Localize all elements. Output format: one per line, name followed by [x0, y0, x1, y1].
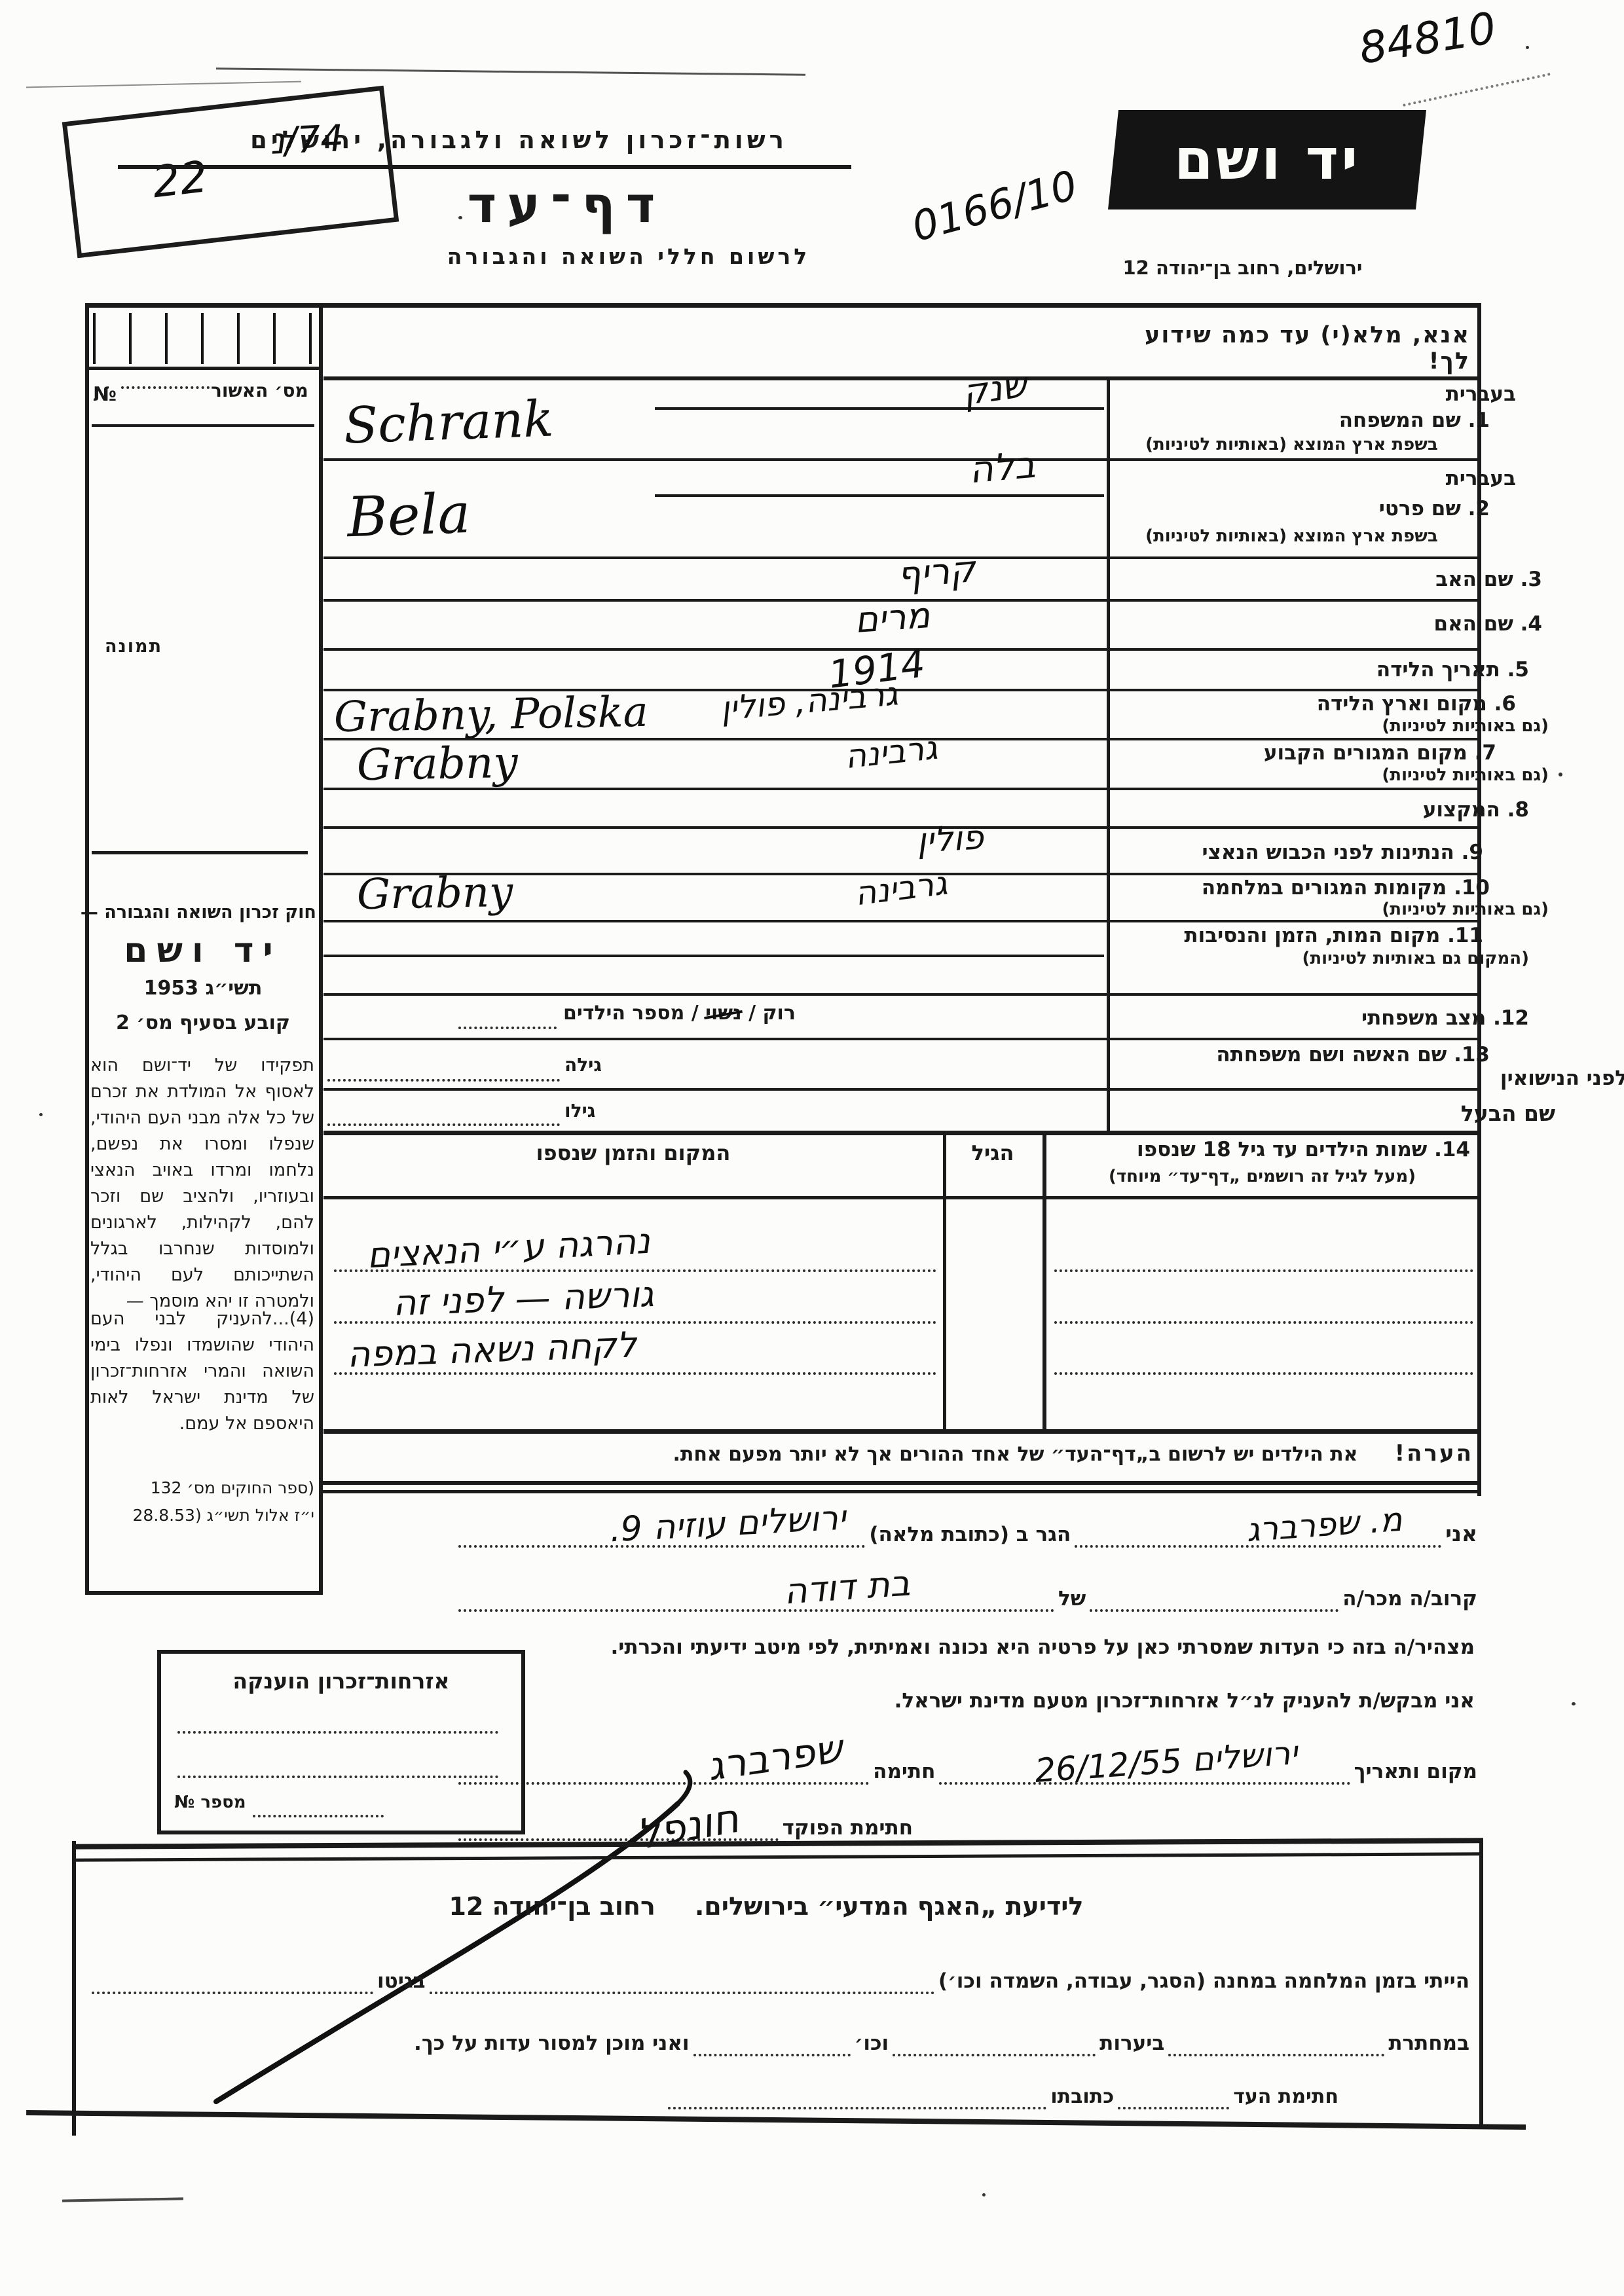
place-date-handwritten: ירושלים 26/12/55 — [1033, 1734, 1299, 1790]
birth-place-latin-handwritten: Grabny, Polska — [333, 688, 648, 742]
bottom-box-title-row: לידיעת „האגף המדעי״ בירושלים. רחוב בן־יה… — [275, 1892, 1257, 1921]
field-10-label: 10. מקומות המגורים במלחמה — [1113, 875, 1490, 901]
declarant-name-handwritten: מ. שפרברג — [1245, 1501, 1403, 1549]
left-column-divider — [319, 303, 323, 1595]
field-rule — [323, 993, 1477, 996]
field-rule — [323, 920, 1477, 922]
field-11-sublabel: (המקום גם באותיות לטיניות) — [1113, 948, 1529, 970]
children-name-dotted-1 — [1054, 1269, 1473, 1272]
law-source-2: י״ז אלול תשי״ג (28.8.53 — [98, 1506, 314, 1525]
field-7-sublabel: (גם באותיות לטיניות) — [1113, 765, 1549, 786]
scan-speck — [1526, 46, 1529, 49]
place-date-field: ירושלים 26/12/55 — [939, 1782, 1350, 1785]
her-age-label: גילה — [564, 1054, 602, 1076]
declaration-resides-label: הגר ב (כתובת מלאה) — [865, 1523, 1075, 1548]
main-box-top-border — [85, 303, 1481, 308]
perforation-ticks — [93, 313, 312, 364]
field-9-label: 9. הנתינות לפני הכבוש הנאצי — [1113, 840, 1483, 866]
witness-signature-blank — [1118, 2107, 1229, 2109]
label-column-divider — [1107, 376, 1110, 1131]
photo-label: תמונה — [105, 636, 162, 657]
his-age-label: גילו — [564, 1100, 595, 1121]
note-text: את הילדים יש לרשום ב„דף־העד״ של אחד ההור… — [673, 1443, 1357, 1466]
citizenship-number-row: מספר № — [174, 1793, 246, 1812]
ghetto-blank-field — [92, 1992, 373, 1994]
signature-label: חתימה — [869, 1760, 939, 1785]
stamp-number-handwritten: 22 — [150, 151, 210, 208]
camp-ghetto-row: הייתי בזמן המלחמה במחנה (הסגר, עבודה, הש… — [92, 1958, 1473, 1994]
field-6-label: 6. מקום וארץ הלידה — [1113, 691, 1516, 717]
citizenship-granted-box: אזרחות־זכרון הוענקה מספר № — [157, 1650, 525, 1834]
field-1-hebrew-tag: בעברית — [1113, 382, 1516, 407]
place-date-label: מקום ותאריך — [1350, 1760, 1481, 1785]
yad-vashem-logo: יד ושם — [1108, 110, 1426, 210]
underground-blank-field — [1168, 2054, 1384, 2056]
intro-separator-thick — [323, 376, 1477, 380]
children-field-label: 14. שמות הילדים עד גיל 18 שנספו — [1054, 1138, 1470, 1161]
archive-number-handwritten: 84810 — [1356, 3, 1499, 74]
approval-separator-rule — [92, 424, 314, 427]
field-rule — [323, 1038, 1477, 1040]
field-rule-middle-only — [323, 955, 1104, 957]
law-text: תפקידו של יד־ושם הוא לאסוף אל המולדת את … — [90, 1053, 314, 1315]
declaration-identity-row: אני מ. שפרברג הגר ב (כתובת מלאה) ירושלים… — [458, 1506, 1481, 1548]
citizenship-number-label: מספר — [200, 1793, 246, 1812]
citizenship-dotted-2 — [177, 1776, 498, 1778]
witness-signature-row: חתימת העד כתובתו — [668, 2075, 1342, 2109]
citizenship-dotted-1 — [177, 1731, 498, 1734]
residence-hebrew-handwritten: גרבינה — [843, 729, 939, 776]
scanned-testimony-page: 84810 רשות־זכרון לשואה ולגבורה, ירושלים … — [0, 0, 1624, 2296]
field-11-label: 11. מקום המות, הזמן והנסיבות — [1113, 923, 1483, 949]
field-rule — [323, 788, 1477, 790]
witness-signature-label: חתימת העד — [1229, 2085, 1342, 2109]
scan-artifact-line — [26, 81, 301, 88]
field-4-label: 4. שם האם — [1113, 611, 1542, 637]
wartime-residence-latin-handwritten: Grabny — [356, 868, 513, 919]
father-name-handwritten: קריף — [895, 548, 977, 597]
citizenship-granted-title: אזרחות־זכרון הוענקה — [161, 1668, 521, 1694]
marital-single: רוק / — [742, 1002, 796, 1025]
note-line: הערה! את הילדים יש לרשום ב„דף־העד״ של אח… — [327, 1440, 1473, 1467]
camp-statement-label: הייתי בזמן המלחמה במחנה (הסגר, עבודה, הש… — [934, 1969, 1473, 1994]
stamp-number-2-handwritten: 74/נ — [269, 117, 344, 163]
husband-name-label: שם הבעל — [1113, 1100, 1555, 1127]
wartime-residence-hebrew-handwritten: גרבינה — [853, 864, 950, 913]
law-yad-vashem: יד ושם — [92, 931, 314, 970]
law-section-separator — [92, 851, 308, 854]
scientific-branch-address: רחוב בן־יהודה 12 — [449, 1892, 655, 1921]
surname-latin-handwritten: Schrank — [343, 389, 555, 454]
field-5-label: 5. תאריך הלידה — [1113, 657, 1529, 683]
field-2-sublabel: בשפת ארץ המוצא (באותיות לטיניות) — [1113, 526, 1470, 547]
stamp-rule-line — [118, 165, 851, 169]
left-column-bottom-border — [85, 1591, 321, 1595]
age-column-divider — [943, 1131, 946, 1429]
bottom-box-right-border — [1479, 1841, 1483, 2129]
field-6-sublabel: (גם באותיות לטיניות) — [1113, 716, 1549, 737]
ghetto-label: בגיטו — [373, 1969, 430, 1994]
relation-of-label: של — [1054, 1587, 1090, 1612]
law-clause: קובע בסעיף מס׳ 2 — [92, 1011, 314, 1034]
scan-scribble — [1403, 73, 1551, 107]
scan-speck — [1559, 773, 1562, 776]
scan-artifact-line — [62, 2197, 183, 2202]
declaration-statement: מצהיר/ה בזה כי העדות שמסרתי כאן על פרטיה… — [458, 1635, 1475, 1659]
declaration-i-label: אני — [1441, 1521, 1481, 1548]
scan-speck — [982, 2193, 986, 2196]
approval-number-label: מס׳ האשור — [211, 380, 314, 401]
registry-stamp-box: 22 74/נ — [62, 86, 399, 259]
main-box-bottom-double-1 — [321, 1481, 1481, 1485]
children-field-sublabel: (מעל לגיל זה רושמים „דף־עד״ מיוחד) — [1054, 1167, 1470, 1186]
note-strong: הערה! — [1395, 1440, 1473, 1467]
form-title: דף־עד — [419, 175, 714, 234]
hebrew-mini-rule-2 — [655, 494, 1104, 497]
field-3-label: 3. שם האב — [1113, 567, 1542, 592]
marital-children-count: / מספר הילדים — [563, 1002, 705, 1025]
scan-speck — [39, 1113, 43, 1116]
scan-speck — [1572, 1702, 1576, 1705]
number-symbol: № — [93, 383, 117, 406]
declarant-name-field: מ. שפרברג — [1075, 1545, 1441, 1548]
field-rule — [323, 826, 1477, 829]
children-name-dotted-2 — [1054, 1321, 1473, 1324]
husband-separator-thick — [323, 1131, 1477, 1135]
field-1-sublabel: בשפת ארץ המוצא (באותיות לטיניות) — [1113, 434, 1470, 456]
declarant-address-handwritten: ירושלים עוזיה 9. — [608, 1499, 846, 1550]
left-column-left-border — [85, 303, 89, 1595]
field-7-label: 7. מקום המגורים הקבוע — [1113, 740, 1496, 766]
yad-vashem-logo-text: יד ושם — [1174, 127, 1360, 192]
law-year: תשי״ג 1953 — [92, 977, 314, 1000]
citizenship-handwritten: פולין — [915, 818, 984, 860]
relation-label: קרוב/ה מכר/ה — [1338, 1587, 1481, 1612]
birth-place-hebrew-handwritten: גרבינה, פולין — [719, 674, 899, 727]
names-column-divider — [1043, 1131, 1046, 1429]
relation-value-field: בת דודה — [458, 1609, 1054, 1612]
children-place-handwritten-3: לקחה נשאה במפה — [346, 1324, 637, 1375]
his-age-dotted-line — [327, 1123, 560, 1126]
main-box-bottom-double-2 — [321, 1490, 1481, 1493]
etc-label: וכו׳ — [851, 2032, 893, 2056]
children-header-rule — [323, 1196, 1477, 1199]
citizenship-number-symbol: № — [174, 1793, 194, 1812]
marital-married-struck: נשוי — [705, 1002, 741, 1025]
fill-in-instruction: אנא, מלא(י) עד כמה שידוע לך! — [1113, 322, 1470, 374]
children-place-handwritten-1: נהרגה ע״י הנאצים — [366, 1220, 652, 1277]
field-2-hebrew-tag: בעברית — [1113, 466, 1516, 492]
forests-blank-field — [893, 2054, 1096, 2056]
children-name-dotted-3 — [1054, 1372, 1473, 1375]
scientific-branch-title: לידיעת „האגף המדעי״ בירושלים. — [695, 1892, 1084, 1921]
law-text-2: (4)...להעניק לבני העם היהודי שהושמדו ונפ… — [90, 1306, 314, 1437]
field-10-sublabel: (גם באותיות לטיניות) — [1113, 899, 1549, 920]
field-2-label: 2. שם פרטי — [1113, 496, 1490, 522]
witness-address-label: כתובתו — [1046, 2085, 1118, 2109]
camp-blank-field — [430, 1992, 934, 1994]
scan-artifact-line — [216, 67, 805, 75]
testify-label: ואני מוכן למסור עדות על כך. — [410, 2032, 693, 2056]
children-table-bottom-rule — [323, 1429, 1477, 1434]
firstname-latin-handwritten: Bela — [346, 481, 471, 550]
children-place-handwritten-2: גורשה — לפני זה — [392, 1273, 655, 1324]
underground-forests-row: במחתרת ביערות וכו׳ ואני מוכן למסור עדות … — [92, 2020, 1473, 2056]
declarant-address-field: ירושלים עוזיה 9. — [458, 1545, 865, 1548]
field-1-label: 1. שם המשפחה — [1113, 408, 1490, 433]
relation-blank-field — [1090, 1609, 1338, 1612]
firstname-hebrew-handwritten: בלה — [967, 444, 1037, 492]
children-col-place-header: המקום והזמן שנספו — [323, 1140, 943, 1165]
header-address: ירושלים, רחוב בן־יהודה 12 — [1058, 257, 1428, 279]
field-rule — [323, 458, 1477, 461]
underground-label: במחתרת — [1384, 2032, 1473, 2056]
witness-address-blank — [668, 2107, 1046, 2109]
form-subtitle: לרשום חללי השואה והגבורה — [363, 244, 894, 269]
etc-blank-field — [693, 2054, 851, 2056]
surname-hebrew-handwritten: שנק — [960, 363, 1029, 413]
declaration-relation-row: קרוב/ה מכר/ה של בת דודה — [458, 1570, 1481, 1612]
mother-name-handwritten: מרים — [853, 594, 931, 641]
bottom-box-left-border — [72, 1841, 76, 2136]
ticks-bottom-rule — [89, 367, 319, 370]
approval-number-dotted-line — [121, 386, 210, 389]
relation-handwritten: בת דודה — [783, 1562, 912, 1612]
hebrew-mini-rule-1 — [655, 407, 1104, 410]
children-count-dotted-line — [458, 1027, 557, 1029]
citizenship-number-dotted — [253, 1815, 384, 1817]
field-13-label-2: לפני הנישואין — [1113, 1066, 1624, 1091]
residence-latin-handwritten: Grabny — [356, 737, 518, 790]
forests-label: ביערות — [1096, 2032, 1168, 2056]
field-13-label: 13. שם האשה ושם משפחתה — [1113, 1042, 1490, 1068]
law-heading: חוק זכרון השואה והגבורה — — [90, 902, 316, 922]
marital-status-line: רוק / נשוי / מספר הילדים — [563, 1002, 796, 1025]
field-12-label: 12. מצב משפחתי — [1113, 1006, 1529, 1031]
file-number-handwritten: 0166/10 — [907, 161, 1082, 251]
field-8-label: 8. המקצוע — [1113, 797, 1529, 823]
declaration-request: אני מבקש/ת להעניק לנ״ל אזרחות־זכרון מטעם… — [458, 1689, 1475, 1713]
children-col-age-header: הגיל — [943, 1140, 1043, 1165]
law-source-1: (ספר החוקים מס׳ 132 — [98, 1478, 314, 1497]
her-age-dotted-line — [327, 1079, 560, 1082]
